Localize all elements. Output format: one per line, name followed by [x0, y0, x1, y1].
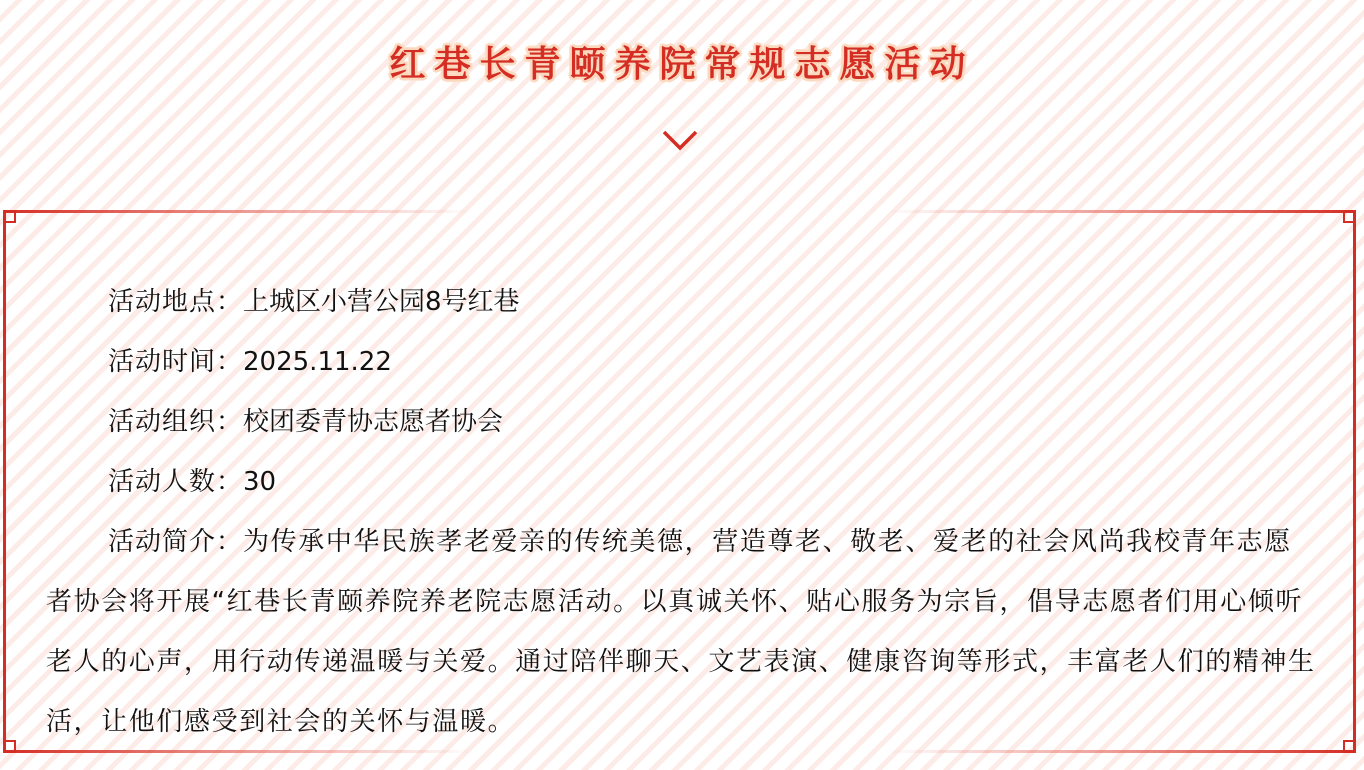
page-title: 红巷长青颐养院常规志愿活动: [0, 36, 1364, 87]
frame-border-right: [1353, 210, 1356, 753]
frame-corner-ornament: [3, 210, 16, 223]
detail-intro-text: 为传承中华民族孝老爱亲的传统美德，营造尊老、敬老、爱老的社会风尚我校青年志愿者协…: [46, 527, 1316, 737]
detail-location: 活动地点：上城区小营公园8号红巷: [46, 272, 1316, 332]
detail-intro: 活动简介：为传承中华民族孝老爱亲的传统美德，营造尊老、敬老、爱老的社会风尚我校青…: [46, 512, 1316, 752]
frame-corner-ornament: [1343, 210, 1356, 223]
detail-value: 30: [243, 467, 276, 497]
frame-corner-ornament: [1343, 740, 1356, 753]
frame-border-left: [3, 210, 6, 753]
frame-border-top-left: [3, 210, 473, 213]
detail-value: 2025.11.22: [243, 347, 392, 377]
detail-label: 活动时间：: [108, 347, 243, 377]
detail-time: 活动时间：2025.11.22: [46, 332, 1316, 392]
detail-value: 上城区小营公园8号红巷: [243, 287, 520, 317]
activity-details: 活动地点：上城区小营公园8号红巷 活动时间：2025.11.22 活动组织：校团…: [46, 272, 1316, 752]
detail-value: 校团委青协志愿者协会: [243, 407, 503, 437]
frame-corner-ornament: [3, 740, 16, 753]
frame-border-top-right: [886, 210, 1356, 213]
detail-label: 活动简介：: [108, 527, 243, 557]
detail-label: 活动人数：: [108, 467, 243, 497]
chevron-down-icon: [662, 129, 698, 151]
detail-label: 活动地点：: [108, 287, 243, 317]
detail-organizer: 活动组织：校团委青协志愿者协会: [46, 392, 1316, 452]
detail-label: 活动组织：: [108, 407, 243, 437]
detail-participants: 活动人数：30: [46, 452, 1316, 512]
